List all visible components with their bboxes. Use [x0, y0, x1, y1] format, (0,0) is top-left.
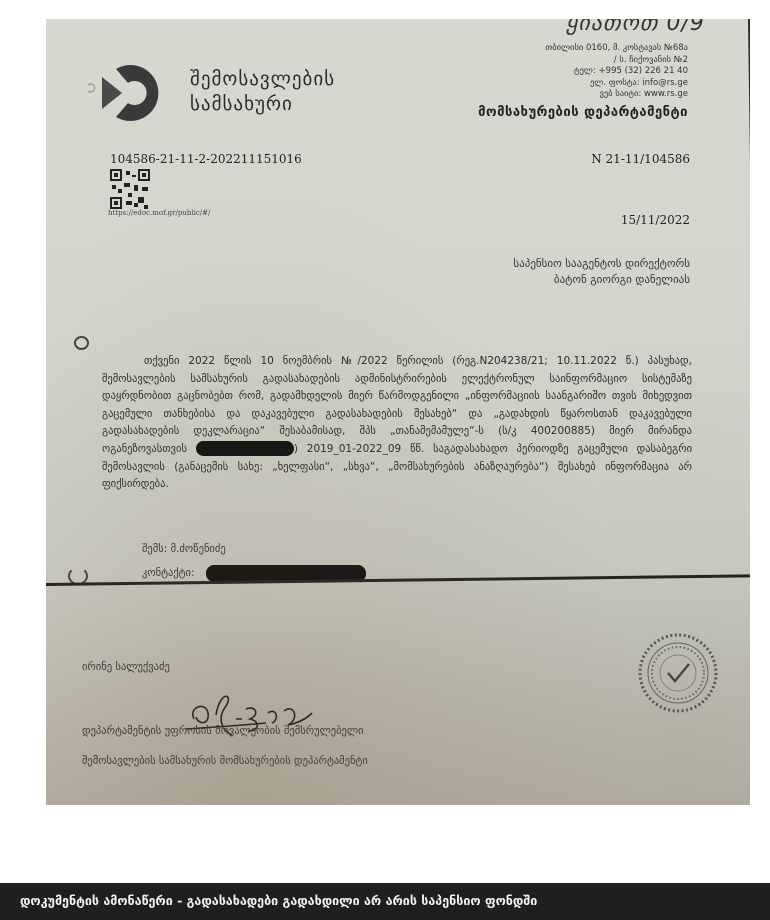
- address-line-2: / ს. ჩიქოვანის №2: [545, 55, 688, 67]
- reference-number: N 21-11/104586: [591, 152, 690, 166]
- logo-line-1: შემოსავლების: [190, 67, 335, 92]
- logo-text: შემოსავლების სამსახური: [190, 67, 335, 117]
- official-stamp-icon: [636, 631, 720, 715]
- document-id: 104586-21-11-2-202211151016: [110, 152, 302, 166]
- address-phone: ტელ: +995 (32) 226 21 40: [545, 66, 688, 78]
- addressee-line-1: საპენსიო სააგენტოს დირექტორს: [513, 256, 690, 272]
- address-line-1: თბილისი 0160, მ. კოსტავას №68ა: [545, 43, 688, 55]
- punch-hole-mark: [74, 336, 89, 350]
- letter-body-part-1: თქვენი 2022 წლის 10 ნოემბრის №/2022 წერი…: [102, 355, 692, 455]
- paper-edge-line: [748, 19, 750, 559]
- handwritten-note: ყიათოთ 0/9: [566, 19, 705, 36]
- addressee-line-2: ბატონ გიორგი დანელიას: [513, 272, 690, 288]
- address-web: ვებ საიტი: www.rs.ge: [545, 89, 688, 101]
- addressee: საპენსიო სააგენტოს დირექტორს ბატონ გიორგ…: [513, 256, 690, 288]
- image-caption: დოკუმენტის ამონაწერი - გადასახადები გადა…: [20, 893, 537, 908]
- document-photo: ყიათოთ 0/9 შემოსავლების სამსახური თბილის…: [46, 19, 750, 805]
- redacted-text: [196, 441, 294, 456]
- caption-bar: დოკუმენტის ამონაწერი - გადასახადები გადა…: [0, 883, 770, 920]
- letter-body-part-2: ) 2019_01-2022_09 წწ. საგადასახადო პერიო…: [102, 443, 692, 490]
- signer-role: დეპარტამენტის უფროსის მოვალეობის შემსრულ…: [82, 725, 363, 737]
- letter-body: თქვენი 2022 წლის 10 ნოემბრის №/2022 წერი…: [102, 353, 692, 494]
- signer-department: შემოსავლების სამსახურის მომსახურების დეპ…: [82, 755, 368, 767]
- address-email: ელ. ფოსტა: info@rs.ge: [545, 78, 688, 90]
- qr-code-icon: [110, 169, 150, 209]
- logo-line-2: სამსახური: [190, 92, 335, 117]
- document-date: 15/11/2022: [621, 213, 690, 227]
- executor: შემს: მ.ძოწენიძე: [142, 543, 226, 555]
- qr-link-text: https://edoc.mof.gr/public/#/: [108, 209, 210, 217]
- department-title: მომსახურების დეპარტამენტი: [478, 105, 688, 120]
- office-address: თბილისი 0160, მ. კოსტავას №68ა / ს. ჩიქო…: [545, 43, 688, 101]
- revenue-service-logo-icon: [76, 55, 186, 125]
- contact-label: კონტაქტი:: [142, 567, 195, 579]
- signer-name: ირინე სალუქვაძე: [82, 661, 170, 673]
